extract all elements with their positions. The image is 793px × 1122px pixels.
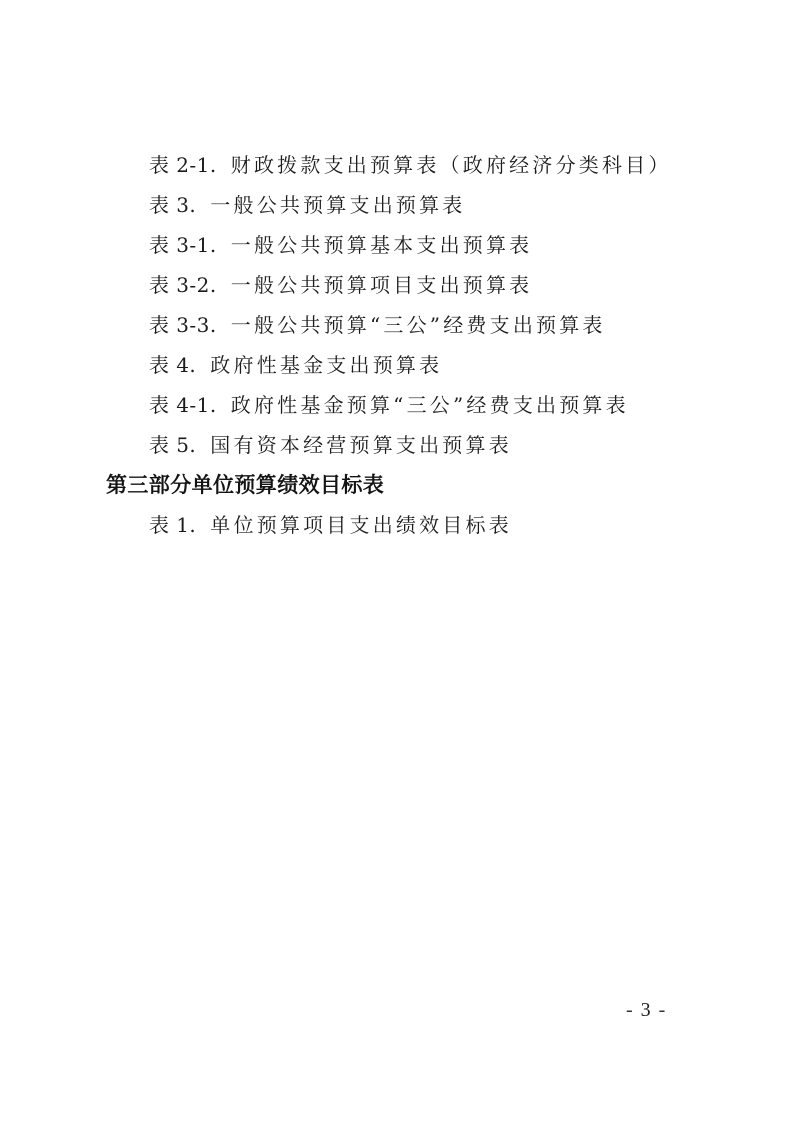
toc-item-number: 4. [176,353,196,377]
toc-item-title: 一般公共预算项目支出预算表 [231,273,533,297]
toc-item-performance-table-1: 表1.单位预算项目支出绩效目标表 [149,511,512,539]
toc-item-table-3-1: 表3-1.一般公共预算基本支出预算表 [149,231,532,259]
page-number-left-dash: - [626,999,633,1021]
toc-item-prefix: 表 [149,513,172,537]
toc-item-number: 3. [176,193,196,217]
page-number: -3- [618,996,673,1024]
toc-item-number: 3-3. [176,313,217,337]
toc-item-prefix: 表 [149,233,172,257]
toc-item-table-2-1: 表2-1.财政拨款支出预算表（政府经济分类科目） [149,151,672,179]
page-number-value: 3 [641,999,651,1021]
toc-item-title: 一般公共预算“三公”经费支出预算表 [231,313,606,337]
toc-item-prefix: 表 [149,313,172,337]
toc-item-table-3: 表3.一般公共预算支出预算表 [149,191,466,219]
toc-item-prefix: 表 [149,433,172,457]
toc-item-number: 3-2. [176,273,217,297]
toc-item-table-3-3: 表3-3.一般公共预算“三公”经费支出预算表 [149,311,606,339]
toc-item-number: 3-1. [176,233,217,257]
toc-item-prefix: 表 [149,273,172,297]
toc-item-prefix: 表 [149,193,172,217]
toc-item-title: 单位预算项目支出绩效目标表 [210,513,512,537]
page-number-right-dash: - [659,999,666,1021]
toc-item-title: 一般公共预算支出预算表 [210,193,465,217]
toc-item-title: 一般公共预算基本支出预算表 [231,233,533,257]
toc-item-prefix: 表 [149,353,172,377]
toc-item-title: 国有资本经营预算支出预算表 [210,433,512,457]
section-heading-part-3: 第三部分单位预算绩效目标表 [106,470,384,500]
toc-item-title: 政府性基金支出预算表 [210,353,442,377]
toc-item-table-5: 表5.国有资本经营预算支出预算表 [149,431,512,459]
toc-item-number: 4-1. [176,393,217,417]
toc-item-table-3-2: 表3-2.一般公共预算项目支出预算表 [149,271,532,299]
toc-item-number: 2-1. [176,153,217,177]
document-page: 表2-1.财政拨款支出预算表（政府经济分类科目） 表3.一般公共预算支出预算表 … [0,0,793,1122]
toc-item-table-4-1: 表4-1.政府性基金预算“三公”经费支出预算表 [149,391,629,419]
toc-item-title: 财政拨款支出预算表（政府经济分类科目） [231,153,672,177]
toc-item-prefix: 表 [149,153,172,177]
toc-item-number: 1. [176,513,196,537]
toc-item-number: 5. [176,433,196,457]
toc-item-prefix: 表 [149,393,172,417]
toc-item-table-4: 表4.政府性基金支出预算表 [149,351,442,379]
toc-item-title: 政府性基金预算“三公”经费支出预算表 [231,393,629,417]
